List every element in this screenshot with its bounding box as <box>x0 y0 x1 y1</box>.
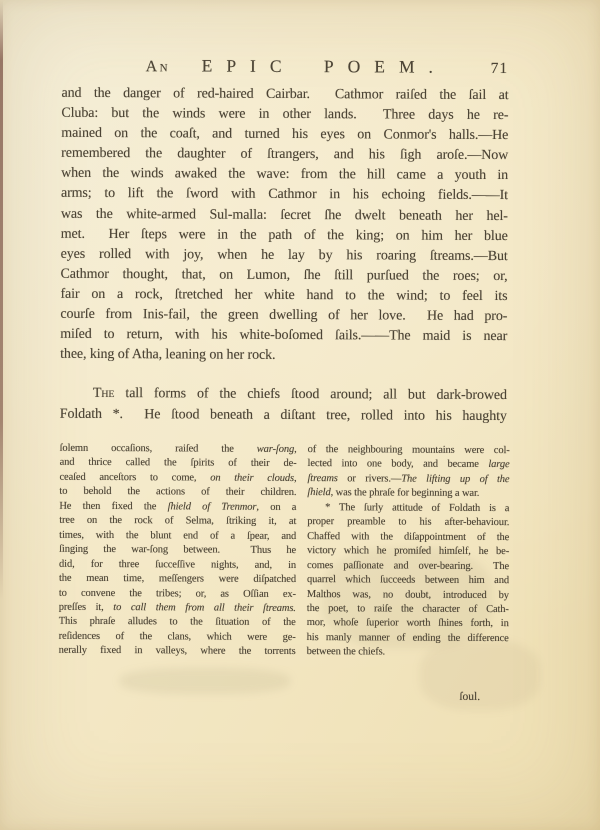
text-segment: when the winds awaked the wave: from the… <box>61 166 508 183</box>
text-segment: was the white-armed Sul-malla: ſecret ſh… <box>61 206 508 223</box>
text-line: tree on the rock of Selma, ſtriking it, … <box>59 514 296 530</box>
text-line: He then fixed the ſhield of Trenmor, on … <box>59 500 296 516</box>
header-title: EPIC POEM. <box>202 55 447 77</box>
text-line: nerally fixed in valleys, where the torr… <box>59 644 296 660</box>
text-line: The tall forms of the chiefs ſtood aroun… <box>60 383 507 406</box>
text-segment: courſe from Inis-fail, the green dwellin… <box>60 307 507 324</box>
italic-text: war-ſong <box>257 444 294 455</box>
italic-text: ſhield <box>307 487 330 498</box>
text-segment: or rivers.— <box>338 473 402 484</box>
main-paragraph: and the danger of red-haired Cairbar. Ca… <box>60 84 508 368</box>
text-segment: , was the phraſe for beginning a war. <box>331 488 480 500</box>
text-line: Foldath *. He ſtood beneath a diſtant tr… <box>60 404 507 427</box>
text-segment: reſidences of the clans, which were ge- <box>59 631 296 643</box>
text-line: miſed to return, with his white-boſomed … <box>60 325 507 347</box>
text-line: remembered the daughter of ſtrangers, an… <box>61 144 508 166</box>
text-line: ſolemn occaſions, raiſed the war-ſong, <box>60 442 297 458</box>
italic-text: large <box>488 459 509 470</box>
text-segment: met. Her ſteps were in the path of the k… <box>61 226 508 243</box>
text-segment: , on a <box>256 502 296 513</box>
text-segment: the poet, to raiſe the character of Cath… <box>307 603 509 615</box>
book-page-scan: An EPIC POEM. 71 and the danger of red-h… <box>0 0 600 830</box>
text-line: ſinging the war-ſong between. Thus he <box>59 543 296 559</box>
footnote-left-column: ſolemn occaſions, raiſed the war-ſong,an… <box>59 442 297 660</box>
text-line: Cathmor thought, that, on Lumon, ſhe ſti… <box>61 265 508 287</box>
text-line: ceaſed anceſtors to come, on their cloud… <box>59 471 296 487</box>
text-segment: Cathmor thought, that, on Lumon, ſhe ſti… <box>61 267 508 284</box>
text-segment: miſed to return, with his white-boſomed … <box>60 327 507 344</box>
text-line: thee, king of Atha, leaning on her rock. <box>60 345 507 367</box>
text-line: when the winds awaked the wave: from the… <box>61 164 508 186</box>
italic-text: to call them from all their ſtreams. <box>113 602 296 614</box>
text-segment: arms; to lift the ſword with Cathmor in … <box>61 186 508 203</box>
text-line: fair on a rock, ſtretched her white hand… <box>60 285 507 307</box>
text-line: preſſes it, to call them from all their … <box>59 601 296 617</box>
text-line: Cluba: but the winds were in other lands… <box>61 104 508 126</box>
text-line: This phraſe alludes to the ſituation of … <box>59 615 296 631</box>
text-line: to behold the actions of their children. <box>59 485 296 501</box>
text-line: arms; to lift the ſword with Cathmor in … <box>61 184 508 206</box>
text-segment: This phraſe alludes to the ſituation of … <box>59 616 296 628</box>
catchword: ſoul. <box>459 691 480 703</box>
text-segment: lected into one body, and became <box>308 458 489 470</box>
text-segment: tree on the rock of Selma, ſtriking it, … <box>59 515 296 527</box>
header-article: An <box>146 58 171 76</box>
text-line: mained on the coaſt, and turned his eyes… <box>61 124 508 146</box>
text-line: between the chiefs. <box>307 645 509 661</box>
text-segment: mained on the coaſt, and turned his eyes… <box>61 126 508 143</box>
text-line: comes paſſionate and over-bearing. The <box>307 559 509 575</box>
text-segment: ſinging the war-ſong between. Thus he <box>59 544 296 556</box>
text-segment: comes paſſionate and over-bearing. The <box>307 560 509 572</box>
italic-text: ſtreams <box>307 473 337 484</box>
text-segment: Malthos was, no doubt, introduced by <box>307 589 509 601</box>
text-segment: T <box>60 386 101 401</box>
text-line: courſe from Inis-fail, the green dwellin… <box>60 305 507 327</box>
text-segment: proper preamble to his after-behaviour. <box>307 516 509 528</box>
text-line: met. Her ſteps were in the path of the k… <box>61 224 508 246</box>
text-line: quarrel which ſucceeds between him and <box>307 573 509 589</box>
page-content: An EPIC POEM. 71 and the danger of red-h… <box>0 0 600 830</box>
text-segment: remembered the daughter of ſtrangers, an… <box>61 146 508 163</box>
text-line: ſhield, was the phraſe for beginning a w… <box>307 486 509 502</box>
text-segment: times, with the blunt end of a ſpear, an… <box>59 529 296 541</box>
text-line: proper preamble to his after-behaviour. <box>307 515 509 531</box>
text-segment: his manly manner of ending the differenc… <box>307 632 509 644</box>
text-segment: , <box>294 473 297 484</box>
italic-text: on their clouds <box>210 472 294 483</box>
text-line: times, with the blunt end of a ſpear, an… <box>59 528 296 544</box>
text-line: and the danger of red-haired Cairbar. Ca… <box>61 84 508 106</box>
text-segment: , <box>294 444 297 455</box>
text-segment: and thrice called the ſpirits of their d… <box>60 457 297 469</box>
text-segment: victory which he promiſed himſelf, he be… <box>307 545 509 557</box>
text-line: to convene the tribes; or, as Oſſian ex- <box>59 586 296 602</box>
text-segment: between the chiefs. <box>307 646 386 657</box>
text-line: did, for three ſucceſſive nights, and, i… <box>59 557 296 573</box>
text-segment: Chaffed with the diſappointment of the <box>307 531 509 543</box>
text-line: of the neighbouring mountains were col- <box>308 443 510 459</box>
text-segment: of the neighbouring mountains were col- <box>308 444 510 456</box>
text-segment: ceaſed anceſtors to come, <box>59 472 210 484</box>
text-segment: did, for three ſucceſſive nights, and, i… <box>59 558 296 570</box>
text-line: the poet, to raiſe the character of Cath… <box>307 602 509 618</box>
text-line: Malthos was, no doubt, introduced by <box>307 588 509 604</box>
text-segment: to behold the actions of their children. <box>59 486 296 498</box>
text-line: reſidences of the clans, which were ge- <box>59 630 296 646</box>
text-segment: and the danger of red-haired Cairbar. Ca… <box>61 86 508 103</box>
page-number: 71 <box>491 60 509 78</box>
text-segment: fair on a rock, ſtretched her white hand… <box>60 287 507 304</box>
text-segment: ſolemn occaſions, raiſed the <box>60 443 257 455</box>
text-line: was the white-armed Sul-malla: ſecret ſh… <box>61 204 508 226</box>
text-line: ſtreams or rivers.—The lifting up of the <box>307 472 509 488</box>
text-line: * The ſurly attitude of Foldath is a <box>307 501 509 517</box>
text-line: eyes rolled with joy, when he lay by his… <box>61 245 508 267</box>
text-segment: tall forms of the chiefs ſtood around; a… <box>114 386 507 403</box>
text-line: victory which he promiſed himſelf, he be… <box>307 544 509 560</box>
text-line: and thrice called the ſpirits of their d… <box>60 456 297 472</box>
second-paragraph: The tall forms of the chiefs ſtood aroun… <box>60 383 507 427</box>
text-segment: * The ſurly attitude of Foldath is a <box>307 502 509 514</box>
footnote-right-column: of the neighbouring mountains were col-l… <box>307 443 510 661</box>
text-segment: Foldath *. He ſtood beneath a diſtant tr… <box>60 407 507 424</box>
text-segment: the mean time, meſſengers were diſpatche… <box>59 573 296 585</box>
text-line: his manly manner of ending the differenc… <box>307 631 509 647</box>
text-segment: he <box>101 386 114 401</box>
text-segment: Cluba: but the winds were in other lands… <box>61 106 508 123</box>
text-line: lected into one body, and became large <box>308 457 510 473</box>
text-segment: quarrel which ſucceeds between him and <box>307 574 509 586</box>
text-line: the mean time, meſſengers were diſpatche… <box>59 572 296 588</box>
text-segment: eyes rolled with joy, when he lay by his… <box>61 247 508 264</box>
text-line: mor, whoſe ſuperior worth ſhines forth, … <box>307 616 509 632</box>
italic-text: ſhield of Trenmor <box>168 501 257 512</box>
text-line: Chaffed with the diſappointment of the <box>307 530 509 546</box>
text-segment: He then fixed the <box>59 501 167 513</box>
text-segment: thee, king of Atha, leaning on her rock. <box>60 347 275 363</box>
text-segment: preſſes it, <box>59 602 114 613</box>
italic-text: The lifting up of the <box>401 473 509 485</box>
text-segment: mor, whoſe ſuperior worth ſhines forth, … <box>307 617 509 629</box>
text-segment: nerally fixed in valleys, where the torr… <box>59 645 296 657</box>
text-segment: to convene the tribes; or, as Oſſian ex- <box>59 587 296 599</box>
